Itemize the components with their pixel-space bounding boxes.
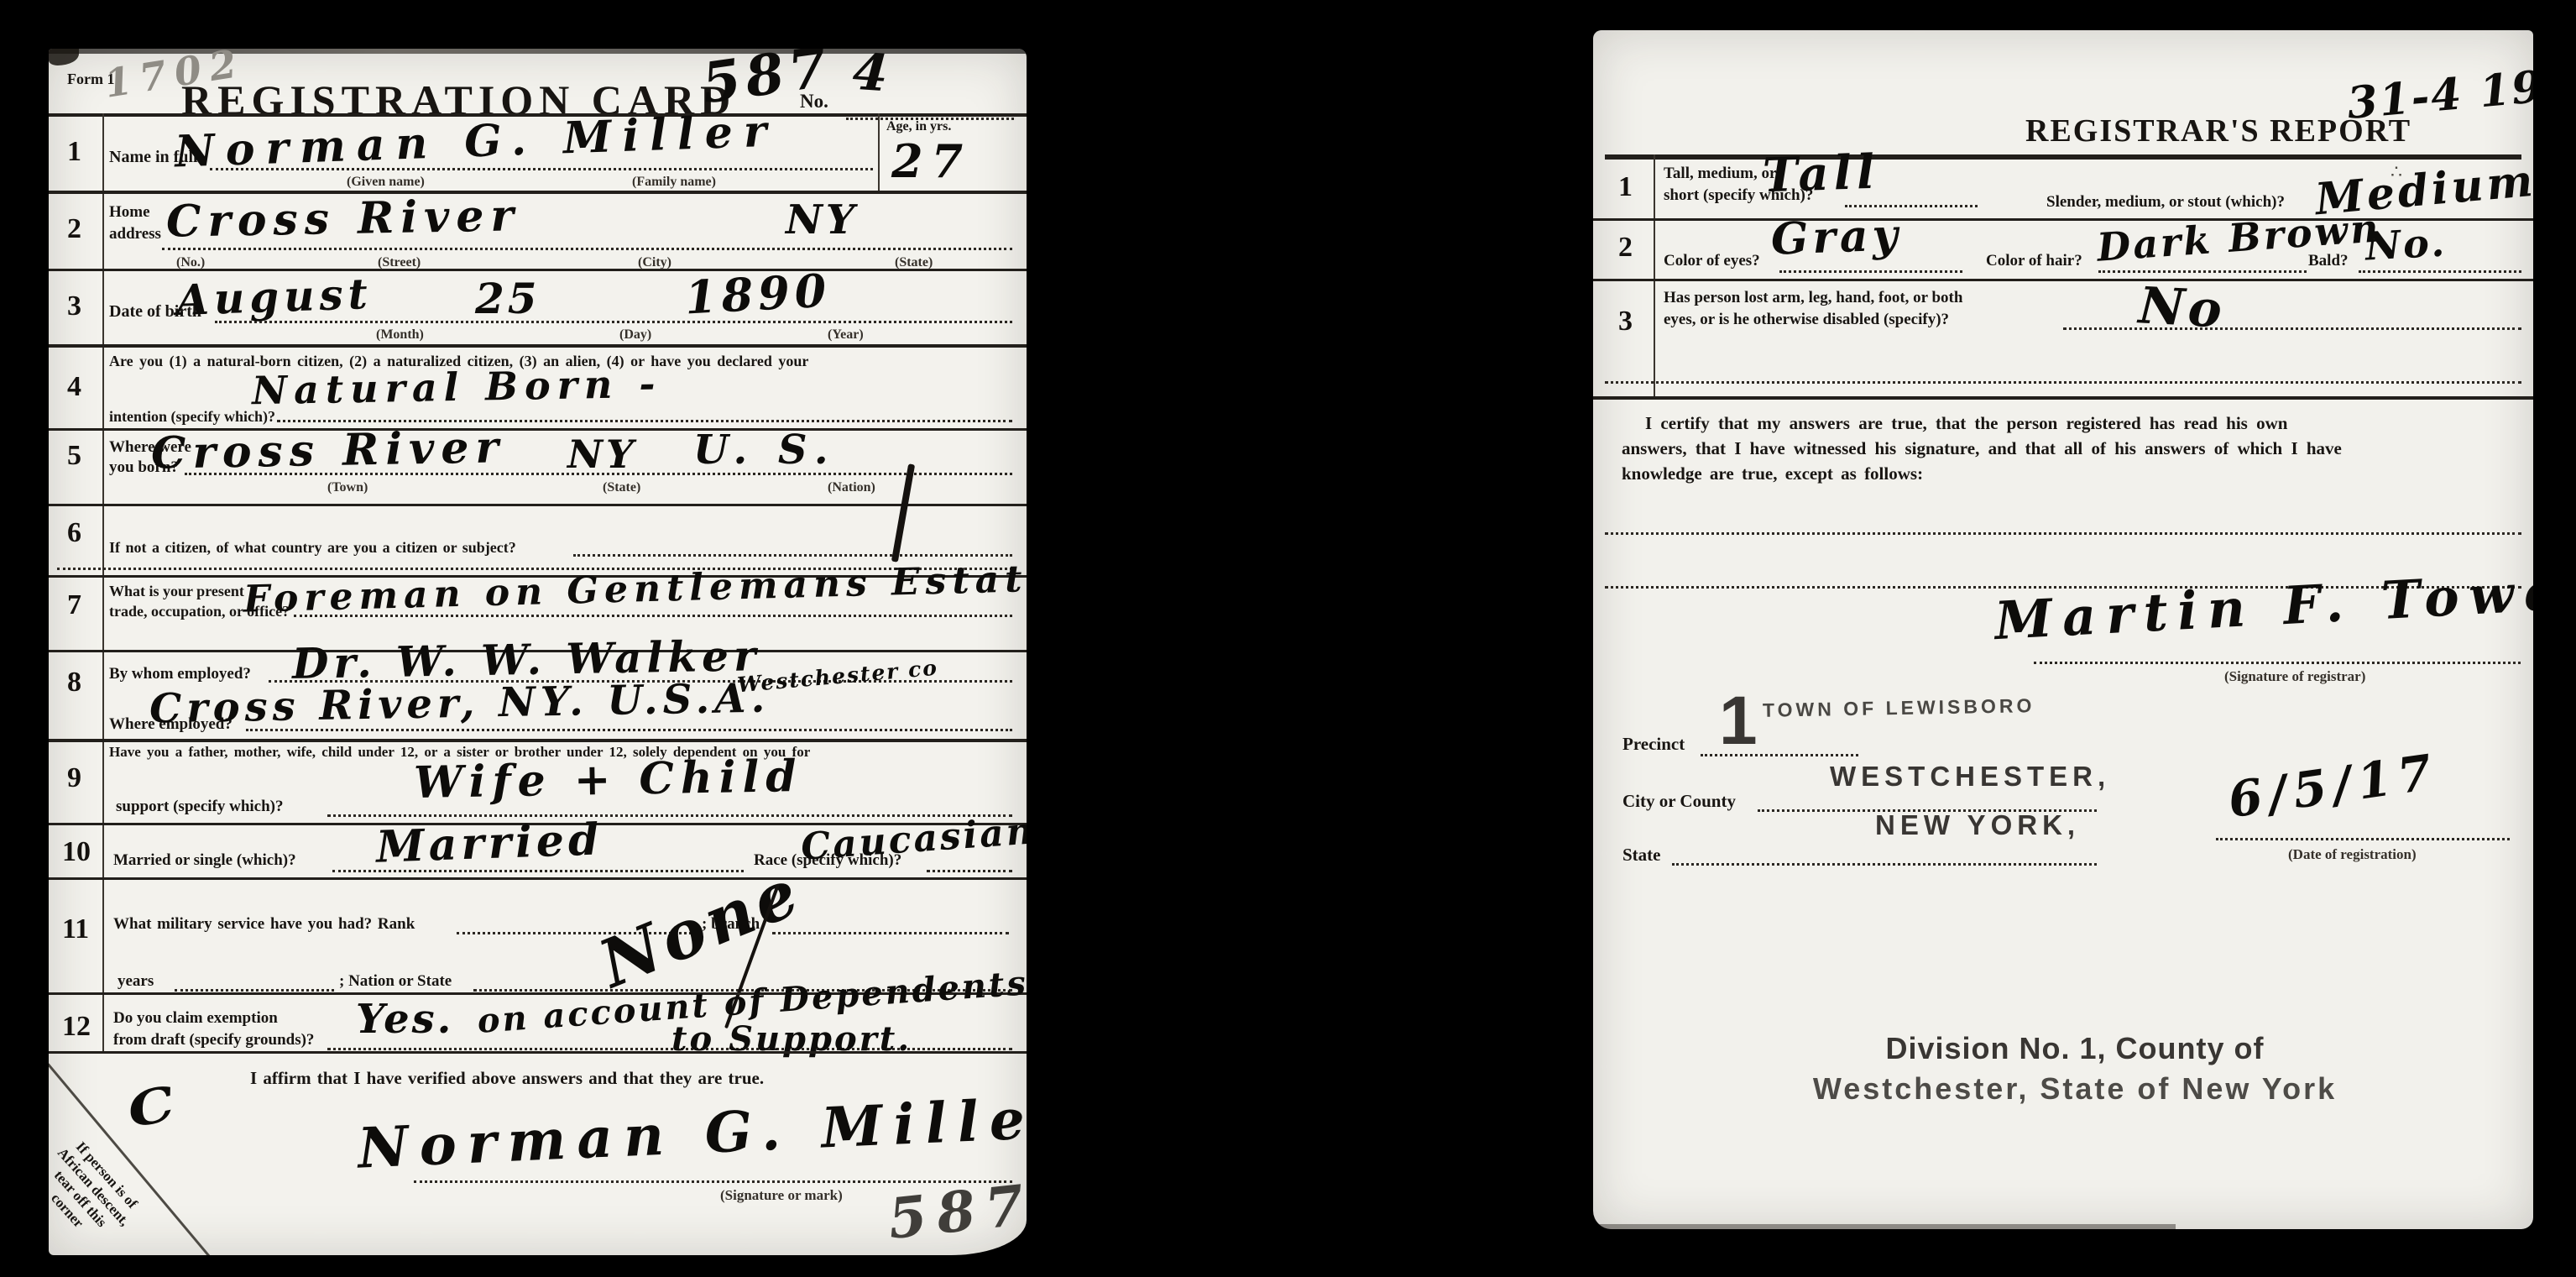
q9-answer-handwriting: Wife + Child (414, 751, 804, 809)
division-stamp-line2: Westchester, State of New York (1813, 1071, 2337, 1107)
state-dotted-line (1672, 863, 2097, 866)
certification-line3: knowledge are true, except as follows: (1622, 463, 1923, 484)
r1-label1: Tall, medium, or (1664, 165, 1776, 183)
report-serial-handwriting: 31-4 19-A (2345, 56, 2533, 129)
signature-caption: (Signature or mark) (720, 1187, 843, 1204)
r2-rule (1593, 279, 2533, 281)
r2-label-eyes: Color of eyes? (1664, 252, 1760, 270)
q5-rule (49, 504, 1027, 506)
r1-number: 1 (1618, 171, 1633, 203)
q11-label-nation: ; Nation or State (339, 972, 452, 991)
q5-sub-nation: (Nation) (828, 480, 875, 495)
age-box-rule (878, 113, 880, 191)
r1-label-build: Slender, medium, or stout (which)? (2046, 193, 2285, 212)
q2-answer-state-handwriting: NY (786, 196, 858, 243)
scan-background: Form 1 1702 REGISTRATION CARD 587 No. 4 … (0, 0, 2576, 1277)
q10-answer-married-handwriting: Married (375, 814, 604, 872)
registrant-signature: Norman G. Miller (357, 1084, 1027, 1180)
q9-number: 9 (67, 762, 81, 794)
q6-label: If not a citizen, of what country are yo… (109, 539, 516, 557)
q9-label2: support (specify which)? (116, 798, 284, 816)
registrar-signature: Martin F. Towey (1993, 558, 2533, 652)
q2-rule (49, 269, 1027, 271)
r3-dotted-line (2063, 327, 2521, 330)
q8-label-by: By whom employed? (109, 665, 251, 683)
q2-label1: Home (109, 203, 150, 222)
q6-number: 6 (67, 517, 81, 549)
affirmation-text: I affirm that I have verified above answ… (250, 1068, 764, 1089)
q1-sub-given: (Given name) (347, 175, 425, 190)
q12-answer1-handwriting: Yes. (356, 996, 453, 1043)
q8-answer-note-handwriting: Westchester co (736, 656, 939, 698)
exceptions-dotted-1 (1605, 532, 2521, 535)
report-header-rule (1605, 154, 2521, 160)
q2-answer-city-handwriting: Cross River (165, 190, 520, 247)
state-stamp: NEW YORK, (1875, 809, 2080, 841)
city-county-label: City or County (1622, 791, 1736, 812)
r1-dotted-height (1845, 205, 1978, 207)
q11-dotted-line-branch (772, 932, 1009, 934)
q12-rule (49, 1051, 1027, 1054)
q10-label-married: Married or single (which)? (113, 851, 296, 870)
r2-dotted-hair (2098, 270, 2307, 273)
q2-label2: address (109, 225, 161, 243)
registrar-signature-caption: (Signature of registrar) (2224, 668, 2365, 685)
q5-sub-state: (State) (603, 480, 640, 495)
r3-answer-handwriting: No (2137, 276, 2226, 339)
no-label: No. (800, 91, 828, 113)
q5-number: 5 (67, 440, 81, 472)
q8-rule (49, 739, 1027, 742)
registration-date-caption: (Date of registration) (2288, 846, 2417, 863)
signature-serial-handwriting: 587 (885, 1171, 1027, 1252)
q10-rule (49, 877, 1027, 880)
precinct-label: Precinct (1622, 734, 1685, 755)
q8-number: 8 (67, 667, 81, 699)
registration-date-line (2216, 838, 2510, 840)
report-number-column-rule (1654, 154, 1655, 396)
q8-answer-where-handwriting: Cross River, NY. U.S.A. (149, 675, 771, 733)
q2-number: 2 (67, 213, 81, 245)
q3-answer-day-handwriting: 25 (475, 274, 541, 323)
q1-number: 1 (67, 136, 81, 168)
q4-label2: intention (specify which)? (109, 408, 275, 426)
precinct-number-stamp: 1 (1719, 682, 1758, 761)
age-label: Age, in yrs. (886, 119, 951, 134)
r3-label2: eyes, or is he otherwise disabled (speci… (1664, 311, 1949, 329)
q7-answer-handwriting: Foreman on Gentlemans Estate (243, 557, 1027, 620)
no-value-handwriting: 4 (851, 49, 891, 103)
q4-dotted-line (277, 420, 1012, 422)
r3-dotted-extra (1605, 381, 2521, 384)
q5-answer-state-handwriting: NY (567, 432, 637, 477)
r1-answer-height-handwriting: Tall (1762, 144, 1880, 204)
town-stamp: TOWN OF LEWISBORO (1763, 694, 2035, 722)
q4-answer-handwriting: Natural Born - (252, 361, 662, 414)
q3-sub-year: (Year) (828, 327, 864, 343)
state-label: State (1622, 845, 1661, 866)
q3-answer-year-handwriting: 1890 (683, 263, 832, 324)
q3-number: 3 (67, 290, 81, 322)
q5-answer-town-handwriting: Cross River (150, 421, 505, 479)
q11-label1: What military service have you had? Rank (113, 915, 415, 934)
number-column-rule (102, 113, 104, 1051)
r2-label-bald: Bald? (2308, 252, 2349, 270)
r2-dotted-eyes (1779, 270, 1962, 273)
r3-rule (1593, 396, 2533, 400)
q12-label2: from draft (specify grounds)? (113, 1031, 314, 1049)
scan-smear-bottom (1593, 1224, 2176, 1229)
q5-answer-nation-handwriting: U. S. (693, 427, 837, 474)
r2-answer-eyes-handwriting: Gray (1770, 209, 1903, 264)
certification-line2: answers, that I have witnessed his signa… (1622, 438, 2342, 459)
r2-label-hair: Color of hair? (1986, 252, 2082, 270)
registration-date-handwriting: 6/5/17 (2224, 743, 2442, 829)
county-stamp: WESTCHESTER, (1830, 761, 2110, 793)
q3-dotted-line (215, 321, 1012, 323)
registrar-signature-line (2034, 662, 2521, 664)
q11-dotted-line-years (175, 989, 334, 992)
q3-sub-month: (Month) (376, 327, 424, 343)
q3-rule (49, 344, 1027, 348)
r2-dotted-bald (2359, 270, 2521, 273)
q1-sub-family: (Family name) (632, 175, 716, 190)
corner-pen-mark: C (123, 1076, 180, 1139)
q7-label1: What is your present (109, 583, 244, 600)
r2-number: 2 (1618, 232, 1633, 264)
q12-number: 12 (62, 1011, 91, 1043)
q1-rule (49, 191, 1027, 194)
q10-dotted-line-race (927, 870, 1012, 872)
q4-number: 4 (67, 371, 81, 403)
r2-answer-bald-handwriting: No. (2364, 220, 2448, 270)
q6-pen-stroke (891, 463, 915, 563)
q12-label1: Do you claim exemption (113, 1009, 278, 1028)
r3-label1: Has person lost arm, leg, hand, foot, or… (1664, 289, 1962, 307)
q7-number: 7 (67, 589, 81, 621)
q2-dotted-line (162, 248, 1012, 250)
precinct-dotted-line (1701, 754, 1858, 756)
r3-number: 3 (1618, 306, 1633, 338)
r1-rule (1593, 218, 2533, 221)
q9-dotted-line (327, 814, 1012, 817)
registrars-report: REGISTRAR'S REPORT 31-4 19-A ∴ 1 Tall, m… (1593, 30, 2533, 1229)
scan-blob-corner (49, 49, 79, 65)
q10-number: 10 (62, 836, 91, 868)
registration-card: Form 1 1702 REGISTRATION CARD 587 No. 4 … (49, 49, 1027, 1255)
q10-answer-race-handwriting: Caucasian (800, 809, 1027, 868)
certification-line1: I certify that my answers are true, that… (1645, 413, 2287, 434)
q6-dotted-line-a (573, 554, 1012, 557)
age-value-handwriting: 27 (891, 134, 971, 188)
q8-dotted-line-where (246, 729, 1012, 731)
q5-sub-town: (Town) (327, 480, 368, 495)
q3-sub-day: (Day) (619, 327, 651, 343)
division-stamp-line1: Division No. 1, County of (1885, 1031, 2264, 1066)
q11-label-years: years (118, 972, 154, 991)
q3-answer-month-handwriting: August (175, 269, 374, 325)
q11-number: 11 (62, 913, 89, 945)
